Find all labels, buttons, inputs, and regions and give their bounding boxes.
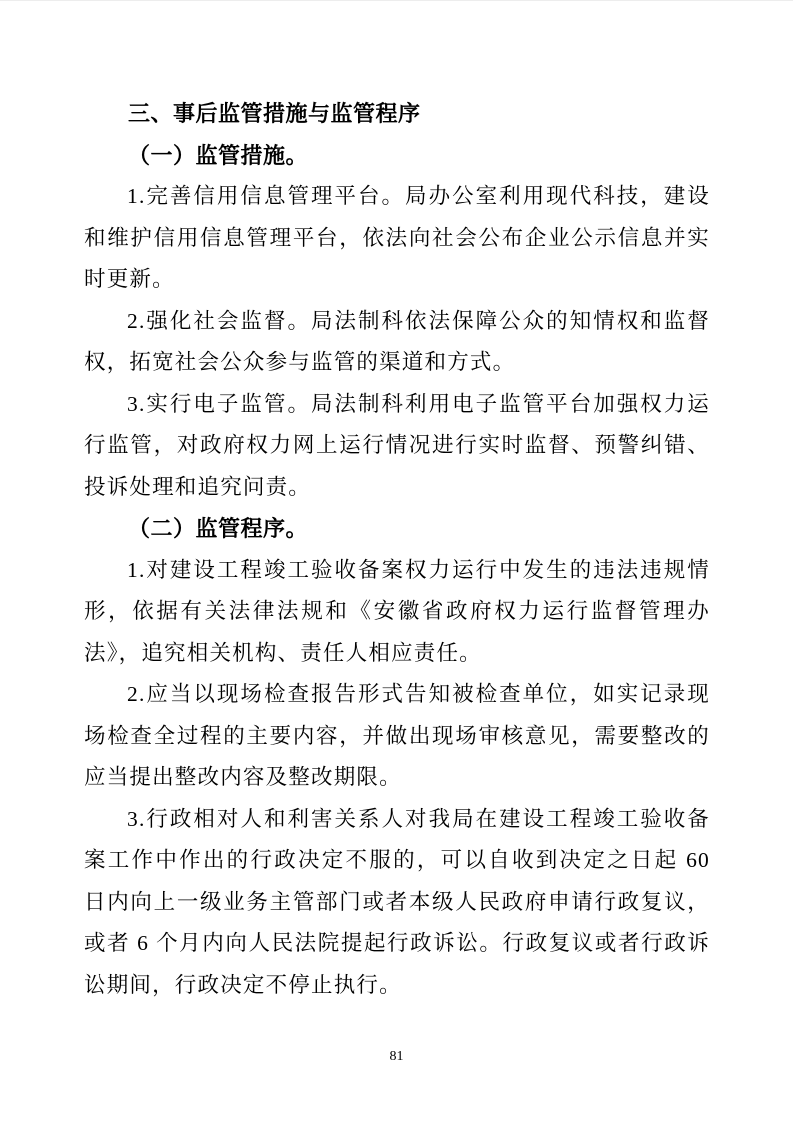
document-body: 三、事后监管措施与监管程序 （一）监管措施。 1.完善信用信息管理平台。局办公室… (84, 93, 710, 1006)
paragraph: 1.完善信用信息管理平台。局办公室利用现代科技，建设和维护信用信息管理平台，依法… (84, 176, 710, 301)
page-number: 81 (0, 1050, 793, 1064)
paragraph: 3.实行电子监管。局法制科利用电子监管平台加强权力运行监管，对政府权力网上运行情… (84, 384, 710, 509)
paragraph: 1.对建设工程竣工验收备案权力运行中发生的违法违规情形，依据有关法律法规和《安徽… (84, 550, 710, 675)
subsection-heading-supervision-procedure: （二）监管程序。 (84, 508, 710, 550)
section-title: 三、事后监管措施与监管程序 (84, 93, 710, 135)
subsection-heading-supervision-measures: （一）监管措施。 (84, 135, 710, 177)
document-page: 三、事后监管措施与监管程序 （一）监管措施。 1.完善信用信息管理平台。局办公室… (0, 0, 793, 1122)
paragraph: 2.强化社会监督。局法制科依法保障公众的知情权和监督权，拓宽社会公众参与监管的渠… (84, 301, 710, 384)
paragraph: 3.行政相对人和利害关系人对我局在建设工程竣工验收备案工作中作出的行政决定不服的… (84, 799, 710, 1007)
paragraph: 2.应当以现场检查报告形式告知被检查单位，如实记录现场检查全过程的主要内容，并做… (84, 674, 710, 799)
